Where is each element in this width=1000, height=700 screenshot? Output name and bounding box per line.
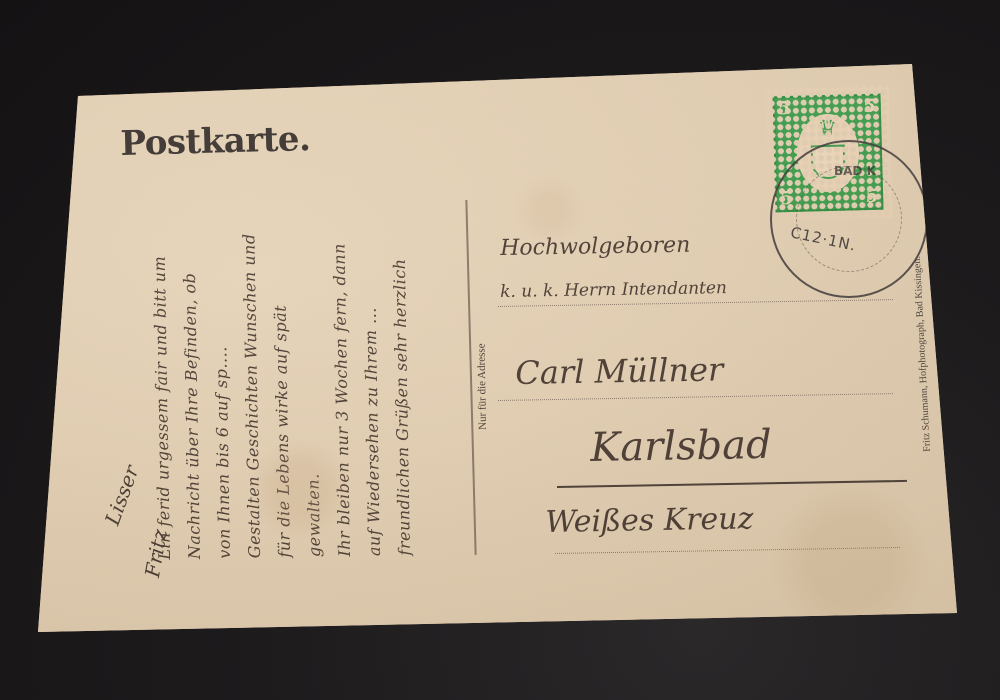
address-salutation: Hochwolgeboren <box>500 233 691 261</box>
stamp-denomination: 5 <box>778 100 791 118</box>
stamp-denomination: 5 <box>863 98 876 116</box>
address-only-label: Nur für die Adresse <box>475 343 489 430</box>
handwritten-message: Lin ferid urgessem fair und bitt um Nach… <box>142 95 420 560</box>
postcard: Postkarte. Lin ferid urgessem fair und b… <box>0 0 1000 700</box>
photo-background: Postkarte. Lin ferid urgessem fair und b… <box>0 0 1000 700</box>
postmark-inner-ring <box>796 166 902 272</box>
message-closing: Lisser <box>100 462 144 528</box>
address-city-underline <box>557 480 907 488</box>
address-title: k. u. k. Herrn Intendanten <box>500 278 727 302</box>
address-city: Karlsbad <box>590 422 772 471</box>
message-signature: Fritz <box>140 527 172 579</box>
address-divider-line <box>465 200 476 555</box>
address-street: Weißes Kreuz <box>545 501 754 540</box>
address-dotted-line <box>498 393 893 401</box>
postmark-city-fragment: BAD K <box>834 164 876 178</box>
address-dotted-line <box>555 547 900 554</box>
postmark-cancellation: BAD K C12·1N. <box>770 140 928 298</box>
publisher-imprint: Fritz Schumann, Hofphotograph, Bad Kissi… <box>912 256 933 452</box>
address-name: Carl Müllner <box>515 350 724 392</box>
crown-icon: ♛ <box>817 117 837 140</box>
